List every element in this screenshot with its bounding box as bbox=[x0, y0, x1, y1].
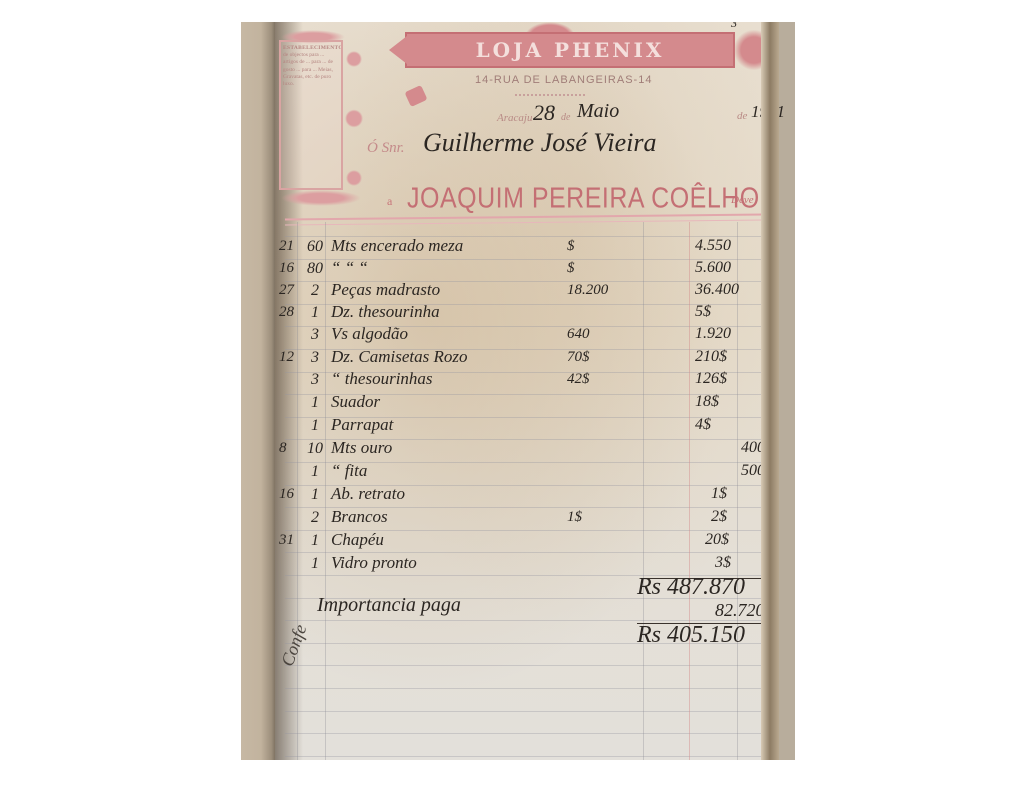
ledger-line bbox=[285, 665, 771, 666]
item-date: 27 bbox=[279, 282, 294, 299]
item-description: Chapéu bbox=[331, 530, 384, 550]
item-description: “ “ “ bbox=[331, 258, 368, 278]
item-unit-price: $ bbox=[567, 238, 575, 255]
item-description: “ thesourinhas bbox=[331, 369, 433, 389]
item-amount: 2$ bbox=[711, 508, 795, 526]
item-qty: 1 bbox=[301, 417, 329, 435]
date-month: Maio bbox=[577, 100, 619, 123]
item-qty: 1 bbox=[301, 304, 329, 322]
item-amount: 3$ bbox=[715, 554, 795, 572]
line-item: 1 Suador 18$ bbox=[275, 394, 779, 416]
item-qty: 1 bbox=[301, 463, 329, 481]
item-description: Ab. retrato bbox=[331, 484, 405, 504]
quill-emblem-icon bbox=[404, 85, 427, 107]
line-item: 27 2 Peças madrasto 18.200 36.400 bbox=[275, 282, 779, 304]
item-date: 28 bbox=[279, 304, 294, 321]
facing-page-edge bbox=[241, 22, 277, 760]
merchant-prefix: a bbox=[387, 194, 392, 209]
line-item: 2 Brancos 1$ 2$ bbox=[275, 509, 779, 531]
item-description: Vs algodão bbox=[331, 324, 408, 344]
item-unit-price: 42$ bbox=[567, 371, 590, 388]
item-qty: 10 bbox=[301, 440, 329, 458]
item-description: Brancos bbox=[331, 507, 388, 527]
item-unit-price: 18.200 bbox=[567, 282, 608, 299]
item-date: 12 bbox=[279, 349, 294, 366]
flourish-divider bbox=[515, 90, 585, 96]
item-unit-price: $ bbox=[567, 260, 575, 277]
ledger-line bbox=[285, 756, 771, 757]
line-item: 1 Parrapat 4$ bbox=[275, 417, 779, 439]
advert-text: de objectos para ... artigos de ... para… bbox=[283, 52, 339, 88]
banner-arrow-icon bbox=[389, 36, 407, 64]
ledger-line bbox=[285, 711, 771, 712]
line-item: 3 “ thesourinhas 42$ 126$ bbox=[275, 371, 779, 393]
item-qty: 3 bbox=[301, 349, 329, 367]
line-item: 12 3 Dz. Camisetas Rozo 70$ 210$ bbox=[275, 349, 779, 371]
item-unit-price: 1$ bbox=[567, 509, 582, 526]
place-label: Aracaju bbox=[497, 112, 532, 124]
subtotal: Rs 487.870 bbox=[637, 574, 745, 601]
line-item: 21 60 Mts encerado meza $ 4.550 bbox=[275, 238, 779, 260]
balance: Rs 405.150 bbox=[637, 622, 745, 649]
ledger-line bbox=[285, 733, 771, 734]
ledger-photo: ESTABELECIMENTO de objectos para ... art… bbox=[241, 22, 795, 760]
page-stack-edge bbox=[761, 22, 779, 760]
item-qty: 2 bbox=[301, 282, 329, 300]
store-name: LOJA PHENIX bbox=[476, 38, 665, 62]
item-qty: 60 bbox=[301, 238, 329, 256]
date-de: de bbox=[561, 112, 570, 123]
item-description: Parrapat bbox=[331, 415, 393, 435]
item-description: Mts encerado meza bbox=[331, 236, 463, 256]
store-address: 14-RUA DE LABANGEIRAS-14 bbox=[475, 74, 652, 86]
ledger-line bbox=[285, 688, 771, 689]
item-description: Peças madrasto bbox=[331, 280, 440, 300]
item-qty: 3 bbox=[301, 326, 329, 344]
item-unit-price: 70$ bbox=[567, 349, 590, 366]
item-description: Suador bbox=[331, 392, 380, 412]
ornament-border bbox=[341, 42, 367, 212]
store-banner: LOJA PHENIX bbox=[405, 32, 735, 68]
deduction-amount: 82.720 bbox=[715, 600, 765, 621]
item-qty: 1 bbox=[301, 532, 329, 550]
line-item: 16 1 Ab. retrato 1$ bbox=[275, 486, 779, 508]
owes-label: Deve bbox=[731, 194, 754, 206]
line-item: 8 10 Mts ouro 400 bbox=[275, 440, 779, 462]
item-description: Mts ouro bbox=[331, 438, 392, 458]
deduction-label: Importancia paga bbox=[317, 594, 461, 617]
item-qty: 2 bbox=[301, 509, 329, 527]
item-qty: 3 bbox=[301, 371, 329, 389]
date-day: 28 bbox=[533, 100, 555, 126]
corner-mark: 3 bbox=[731, 22, 737, 31]
line-item: 31 1 Chapéu 20$ bbox=[275, 532, 779, 554]
item-description: Dz. Camisetas Rozo bbox=[331, 347, 467, 367]
item-qty: 80 bbox=[301, 260, 329, 278]
advert-panel: ESTABELECIMENTO de objectos para ... art… bbox=[279, 40, 343, 190]
line-item: 16 80 “ “ “ $ 5.600 bbox=[275, 260, 779, 282]
ornament-bottom bbox=[281, 190, 361, 206]
date-year-prefix: de bbox=[737, 110, 747, 122]
header-rule bbox=[285, 213, 770, 225]
item-amount: 1$ bbox=[711, 485, 795, 503]
item-description: Vidro pronto bbox=[331, 553, 417, 573]
to-label: Ó Snr. bbox=[367, 140, 405, 157]
invoice-page: ESTABELECIMENTO de objectos para ... art… bbox=[275, 22, 779, 760]
item-date: 21 bbox=[279, 238, 294, 255]
item-description: Dz. thesourinha bbox=[331, 302, 440, 322]
item-date: 16 bbox=[279, 260, 294, 277]
item-date: 31 bbox=[279, 532, 294, 549]
item-description: “ fita bbox=[331, 461, 367, 481]
merchant-name: JOAQUIM PEREIRA COÊLHO bbox=[407, 182, 760, 215]
item-qty: 1 bbox=[301, 486, 329, 504]
item-date: 8 bbox=[279, 440, 287, 457]
line-item: 3 Vs algodão 640 1.920 bbox=[275, 326, 779, 348]
item-amount: 20$ bbox=[705, 531, 795, 549]
line-item: 28 1 Dz. thesourinha 5$ bbox=[275, 304, 779, 326]
advert-heading: ESTABELECIMENTO bbox=[283, 45, 339, 52]
customer-name: Guilherme José Vieira bbox=[423, 128, 656, 158]
line-item: 1 “ fita 500 bbox=[275, 463, 779, 485]
item-unit-price: 640 bbox=[567, 326, 590, 343]
item-date: 16 bbox=[279, 486, 294, 503]
item-qty: 1 bbox=[301, 555, 329, 573]
item-qty: 1 bbox=[301, 394, 329, 412]
